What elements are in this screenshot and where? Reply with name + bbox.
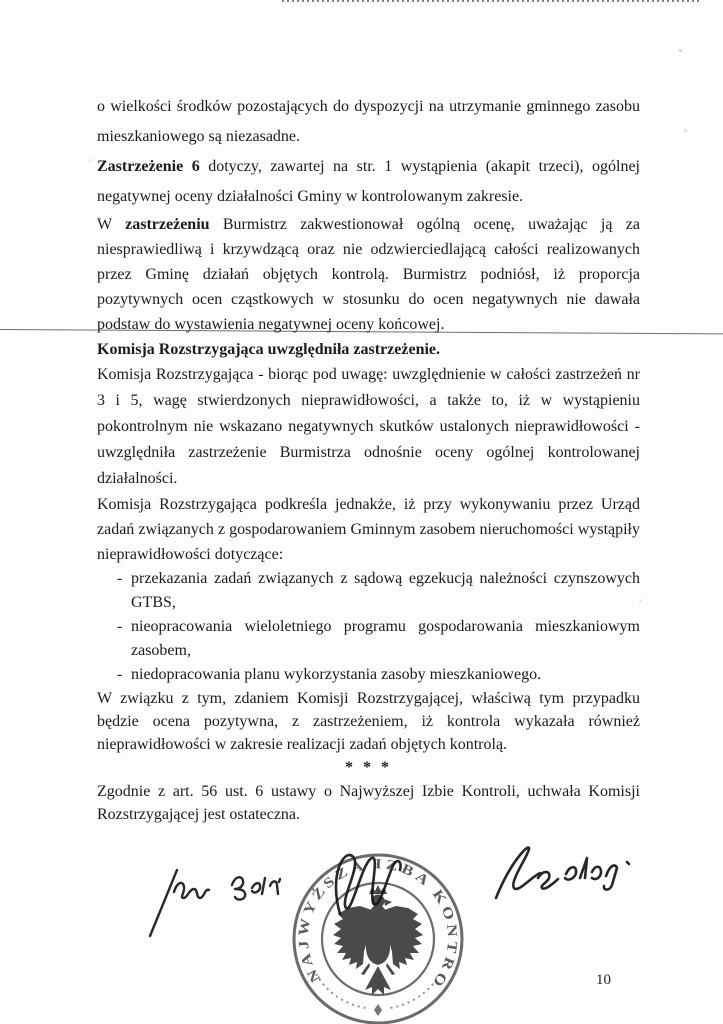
- scan-edge-artifact: [282, 0, 702, 2]
- stamp-icon: NAJWYŻSZA IZBA KONTROLI: [288, 852, 470, 1024]
- text-column: o wielkości środków pozostających do dys…: [97, 92, 640, 826]
- paragraph-intro-text: o wielkości środków pozostających do dys…: [97, 98, 640, 145]
- paragraph-komisja-uwzglednila: Komisja Rozstrzygająca - biorąc pod uwag…: [97, 362, 640, 492]
- paragraph-komisja-podkresla: Komisja Rozstrzygająca podkreśla jednakż…: [97, 492, 640, 567]
- scan-noise: [30, 40, 31, 41]
- paragraph-wniosek: W związku z tym, zdaniem Komisji Rozstrz…: [97, 687, 640, 756]
- paragraph-burmistrz: W zastrzeżeniu Burmistrz zakwestionował …: [97, 212, 640, 337]
- bullet-list: przekazania zadań związanych z sądową eg…: [97, 567, 640, 687]
- page-number: 10: [596, 972, 611, 989]
- decision-heading: Komisja Rozstrzygająca uwzględniła zastr…: [97, 337, 640, 362]
- burmistrz-prefix: W: [97, 216, 125, 233]
- paragraph-intro: o wielkości środków pozostających do dys…: [97, 92, 640, 152]
- closing-paragraph: Zgodnie z art. 56 ust. 6 ustawy o Najwyż…: [97, 780, 640, 826]
- bullet-item-3: niedopracowania planu wykorzystania zaso…: [97, 663, 640, 687]
- signature-right-icon: [482, 836, 652, 908]
- burmistrz-bold: zastrzeżeniu: [125, 216, 209, 233]
- signature-right: [482, 836, 652, 908]
- burmistrz-text: Burmistrz zakwestionował ogólną ocenę, u…: [97, 216, 640, 333]
- official-stamp: NAJWYŻSZA IZBA KONTROLI: [288, 852, 470, 1024]
- bullet-item-1: przekazania zadań związanych z sądową eg…: [97, 567, 640, 615]
- zastrzezenie-6-label: Zastrzeżenie 6: [97, 158, 200, 175]
- bullet-item-2: nieopracowania wieloletniego programu go…: [97, 615, 640, 663]
- signature-left-icon: [130, 858, 290, 948]
- signature-left: [130, 858, 290, 948]
- stars-separator: * * *: [97, 756, 640, 780]
- scanned-document-page: o wielkości środków pozostających do dys…: [0, 0, 723, 1024]
- paragraph-zastrzezenie-6: Zastrzeżenie 6 dotyczy, zawartej na str.…: [97, 152, 640, 212]
- stamp-ornament-icon: [374, 1004, 382, 1016]
